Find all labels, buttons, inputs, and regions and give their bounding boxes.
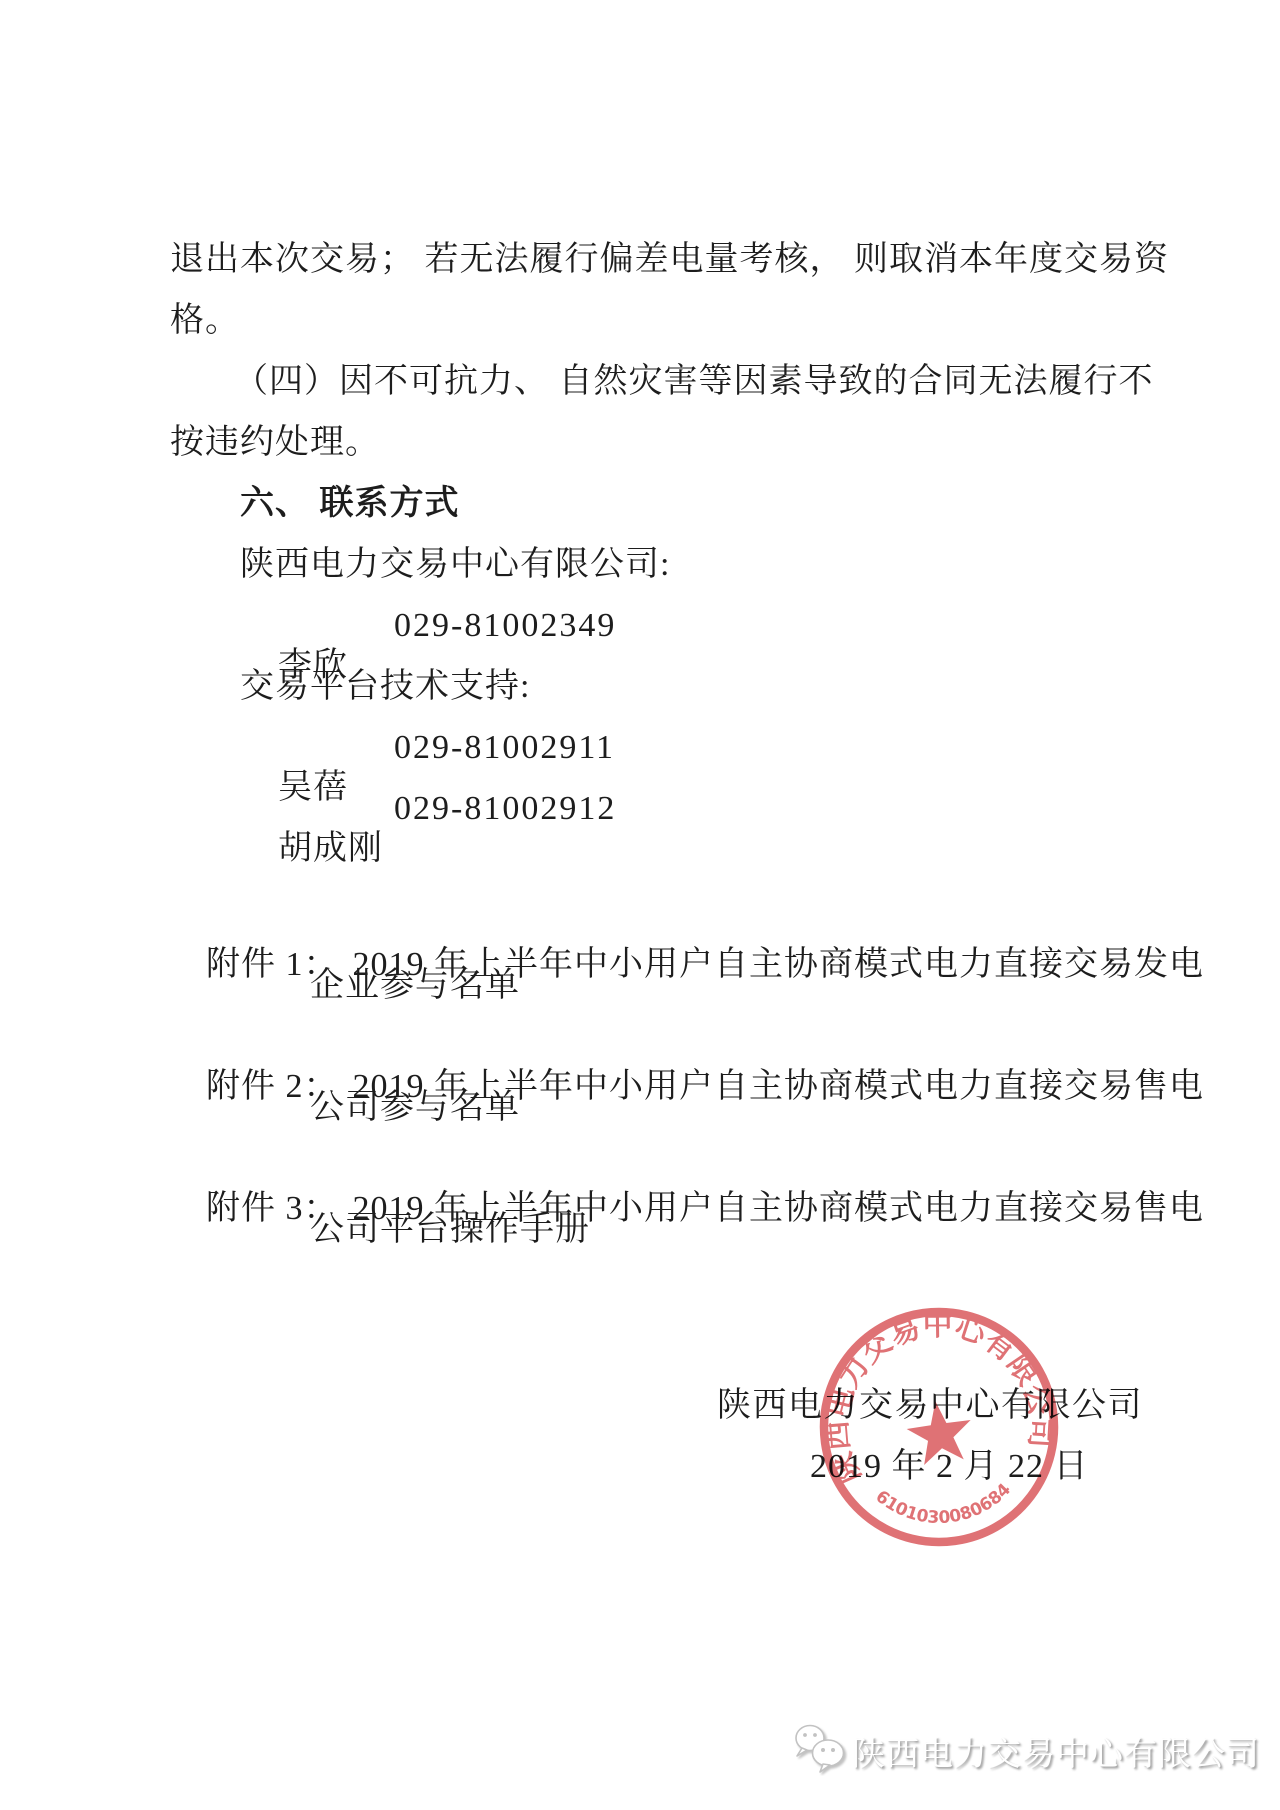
paragraph-1-line-2: 格。 [170,301,240,341]
contact-phone: 029-81002349 [394,606,616,646]
attachment-2-line-2: 公司参与名单 [310,1088,520,1128]
attachment-1-line-1: 附件 1：2019 年上半年中小用户自主协商模式电力直接交易发电 [168,905,1204,1025]
contact-name: 胡成刚 [278,830,383,867]
signature-date: 2019 年 2 月 22 日 [810,1447,1089,1487]
official-seal: 陕西电力交易中心有限公司 6101030080684 [814,1302,1064,1552]
seal-ring [814,1302,1064,1552]
footer-brand: 陕西电力交易中心有限公司 [852,1735,1260,1775]
attachment-3-line-2: 公司平台操作手册 [310,1210,590,1250]
attachment-1-line-2: 企业参与名单 [310,966,520,1006]
document-page: 退出本次交易； 若无法履行偏差电量考核， 则取消本年度交易资 格。 （四）因不可… [0,0,1280,1810]
paragraph-2-line-2: 按违约处理。 [170,423,380,463]
attachment-3-line-1: 附件 3：2019 年上半年中小用户自主协商模式电力直接交易售电 [168,1149,1204,1269]
paragraph-1-line-1: 退出本次交易； 若无法履行偏差电量考核， 则取消本年度交易资 [170,240,1169,280]
tech-support-line: 交易平台技术支持: [240,667,530,707]
contact-phone: 029-81002912 [394,789,616,829]
contact-phone: 029-81002911 [394,728,615,768]
attachment-2-line-1: 附件 2：2019 年上半年中小用户自主协商模式电力直接交易售电 [168,1027,1204,1147]
section-heading-contact: 六、 联系方式 [240,484,460,524]
wechat-icon [790,1722,848,1776]
contact-org-line: 陕西电力交易中心有限公司: [240,545,670,585]
paragraph-2-line-1: （四）因不可抗力、 自然灾害等因素导致的合同无法履行不 [234,362,1154,402]
signature-company: 陕西电力交易中心有限公司 [717,1386,1143,1426]
